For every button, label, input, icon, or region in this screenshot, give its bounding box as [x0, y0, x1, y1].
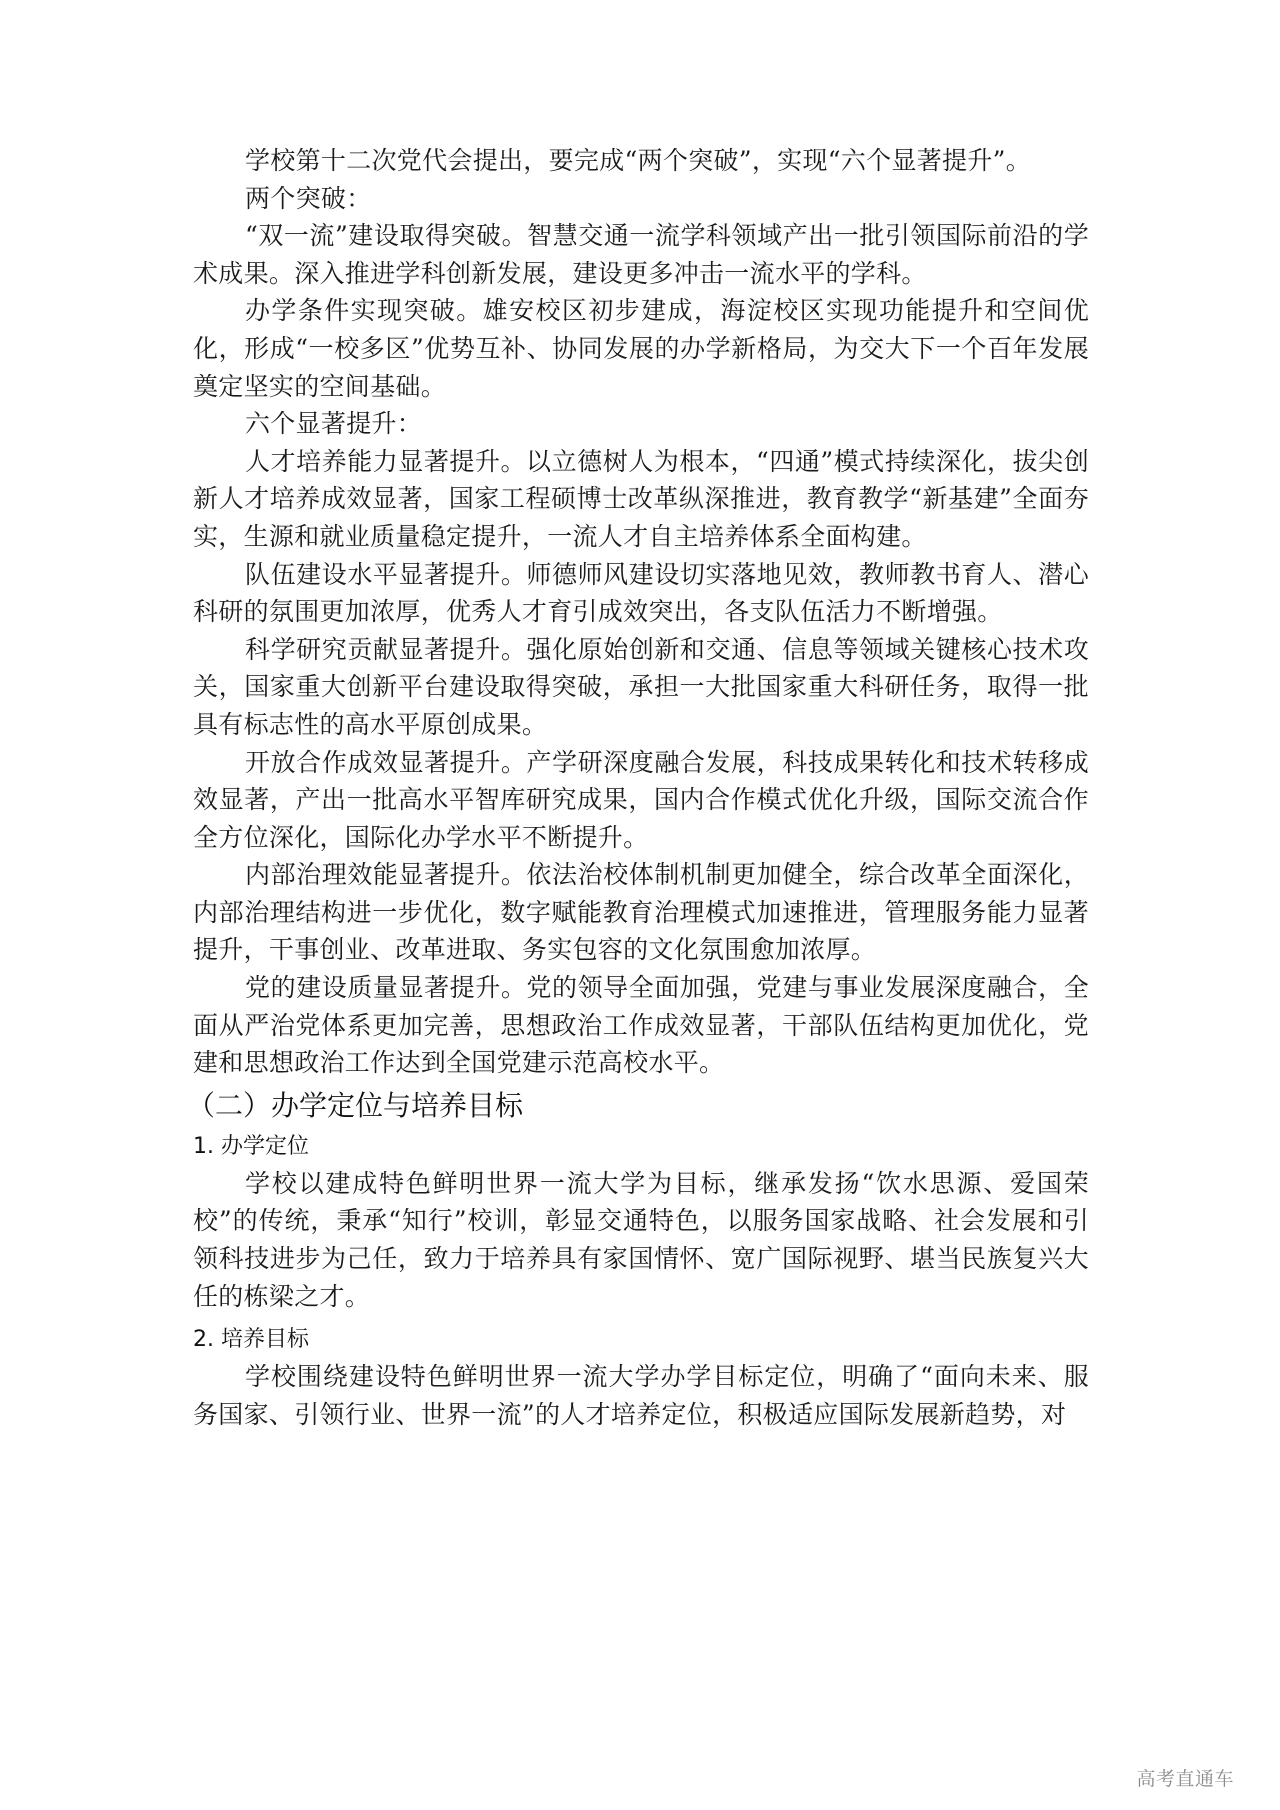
paragraph-internal-governance: 内部治理效能显著提升。依法治校体制机制更加健全，综合改革全面深化，内部治理结构进… — [193, 856, 1089, 969]
paragraph-double-first-class: “双一流”建设取得突破。智慧交通一流学科领域产出一批引领国际前沿的学术成果。深入… — [193, 217, 1089, 292]
paragraph-positioning: 学校以建成特色鲜明世界一流大学为目标，继承发扬“饮水思源、爱国荣校”的传统，秉承… — [193, 1165, 1089, 1315]
section-heading: （二）办学定位与培养目标 — [187, 1084, 1089, 1128]
document-page: 学校第十二次党代会提出，要完成“两个突破”，实现“六个显著提升”。 两个突破： … — [193, 142, 1089, 1433]
subsection-heading-positioning: 1. 办学定位 — [193, 1128, 1089, 1165]
paragraph-party-building: 党的建设质量显著提升。党的领导全面加强，党建与事业发展深度融合，全面从严治党体系… — [193, 969, 1089, 1082]
paragraph-training-goals: 学校围绕建设特色鲜明世界一流大学办学目标定位，明确了“面向未来、服务国家、引领行… — [193, 1358, 1089, 1433]
paragraph-talent-training: 人才培养能力显著提升。以立德树人为根本，“四通”模式持续深化，拔尖创新人才培养成… — [193, 443, 1089, 556]
paragraph-open-cooperation: 开放合作成效显著提升。产学研深度融合发展，科技成果转化和技术转移成效显著，产出一… — [193, 744, 1089, 857]
paragraph-two-breakthroughs-label: 两个突破： — [193, 180, 1089, 218]
paragraph-team-building: 队伍建设水平显著提升。师德师风建设切实落地见效，教师教书育人、潜心科研的氛围更加… — [193, 556, 1089, 631]
subsection-heading-training-goals: 2. 培养目标 — [193, 1321, 1089, 1358]
watermark-text: 高考直通车 — [1136, 1764, 1234, 1791]
paragraph-scientific-research: 科学研究贡献显著提升。强化原始创新和交通、信息等领域关键核心技术攻关，国家重大创… — [193, 631, 1089, 744]
paragraph-school-conditions: 办学条件实现突破。雄安校区初步建成，海淀校区实现功能提升和空间优化，形成“一校多… — [193, 292, 1089, 405]
paragraph-six-improvements-label: 六个显著提升： — [193, 405, 1089, 443]
paragraph-intro: 学校第十二次党代会提出，要完成“两个突破”，实现“六个显著提升”。 — [193, 142, 1089, 180]
